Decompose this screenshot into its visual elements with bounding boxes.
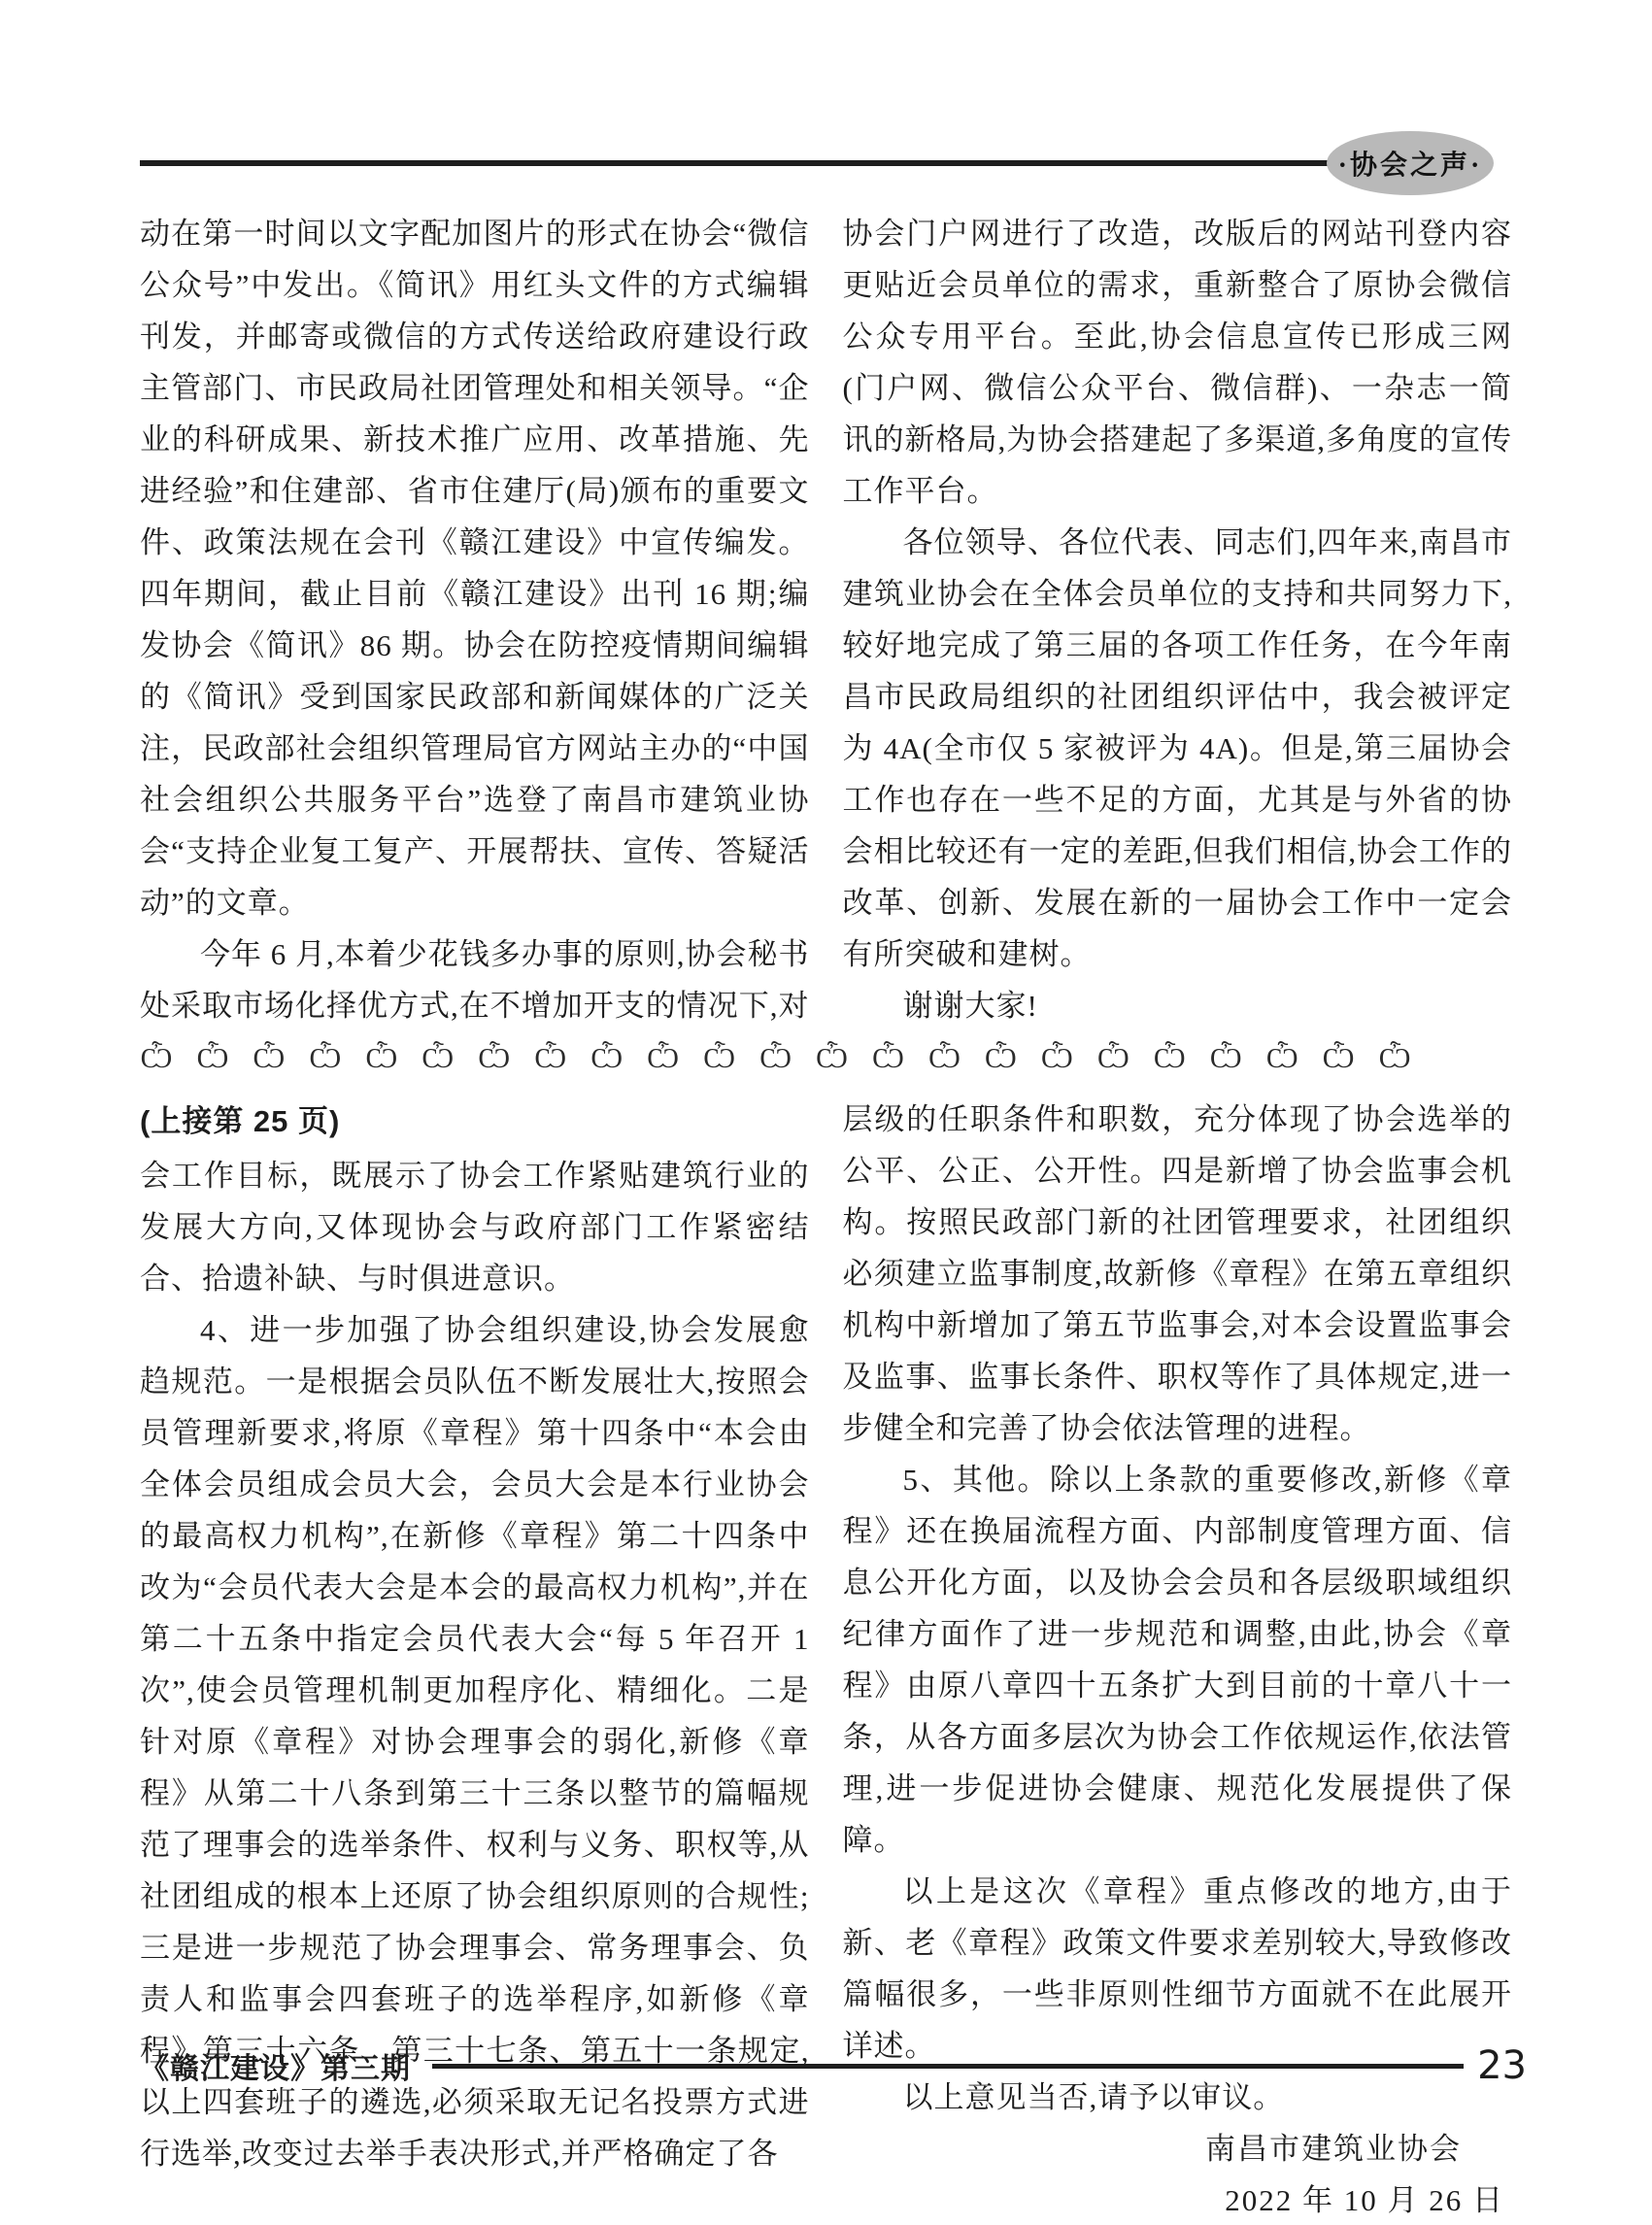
page-header: ·协会之声· xyxy=(0,0,1652,208)
paragraph: 今年 6 月,本着少花钱多办事的原则,协会秘书处采取市场化择优方式,在不增加开支… xyxy=(140,928,810,1031)
paragraph: 5、其他。除以上条款的重要修改,新修《章程》还在换届流程方面、内部制度管理方面、… xyxy=(843,1454,1513,1866)
ornament-divider: ѼѼѼѼѼѼѼѼѼѼѼѼѼѼѼѼѼѼѼѼѼѼѼ xyxy=(140,1039,1512,1080)
continued-from-label: (上接第 25 页) xyxy=(140,1094,810,1150)
paragraph: 协会门户网进行了改造，改版后的网站刊登内容更贴近会员单位的需求，重新整合了原协会… xyxy=(843,208,1513,517)
paragraph: 层级的任职条件和职数，充分体现了协会选举的公平、公正、公开性。四是新增了协会监事… xyxy=(843,1094,1513,1454)
article-top-left-column: 动在第一时间以文字配加图片的形式在协会“微信公众号”中发出。《简讯》用红头文件的… xyxy=(140,208,810,1031)
paragraph: 会工作目标，既展示了协会工作紧贴建筑行业的发展大方向,又体现协会与政府部门工作紧… xyxy=(140,1150,810,1304)
article-top-right-column: 协会门户网进行了改造，改版后的网站刊登内容更贴近会员单位的需求，重新整合了原协会… xyxy=(843,208,1513,1031)
footer-rule xyxy=(432,2064,1464,2069)
page-number: 23 xyxy=(1477,2043,1527,2088)
magazine-page: ·协会之声· 动在第一时间以文字配加图片的形式在协会“微信公众号”中发出。《简讯… xyxy=(0,0,1652,2225)
signature-date: 2022 年 10 月 26 日 xyxy=(843,2174,1513,2225)
continued-right-text: 层级的任职条件和职数，充分体现了协会选举的公平、公正、公开性。四是新增了协会监事… xyxy=(843,1094,1513,2123)
signature: 南昌市建筑业协会 xyxy=(843,2123,1513,2174)
header-rule xyxy=(140,160,1342,166)
paragraph: 谢谢大家! xyxy=(843,980,1513,1031)
continued-left-text: 会工作目标，既展示了协会工作紧贴建筑行业的发展大方向,又体现协会与政府部门工作紧… xyxy=(140,1150,810,2179)
journal-issue-label: 《赣江建设》第三期 xyxy=(140,2044,411,2087)
article-top: 动在第一时间以文字配加图片的形式在协会“微信公众号”中发出。《简讯》用红头文件的… xyxy=(140,208,1512,1031)
paragraph: 动在第一时间以文字配加图片的形式在协会“微信公众号”中发出。《简讯》用红头文件的… xyxy=(140,208,810,928)
section-badge-label: ·协会之声· xyxy=(1338,144,1483,183)
paragraph: 各位领导、各位代表、同志们,四年来,南昌市建筑业协会在全体会员单位的支持和共同努… xyxy=(843,517,1513,980)
section-badge: ·协会之声· xyxy=(1327,131,1494,195)
page-footer: 《赣江建设》第三期 23 xyxy=(140,2043,1527,2088)
paragraph: 以上是这次《章程》重点修改的地方,由于新、老《章程》政策文件要求差别较大,导致修… xyxy=(843,1866,1513,2072)
page-body: 动在第一时间以文字配加图片的形式在协会“微信公众号”中发出。《简讯》用红头文件的… xyxy=(0,208,1652,2225)
